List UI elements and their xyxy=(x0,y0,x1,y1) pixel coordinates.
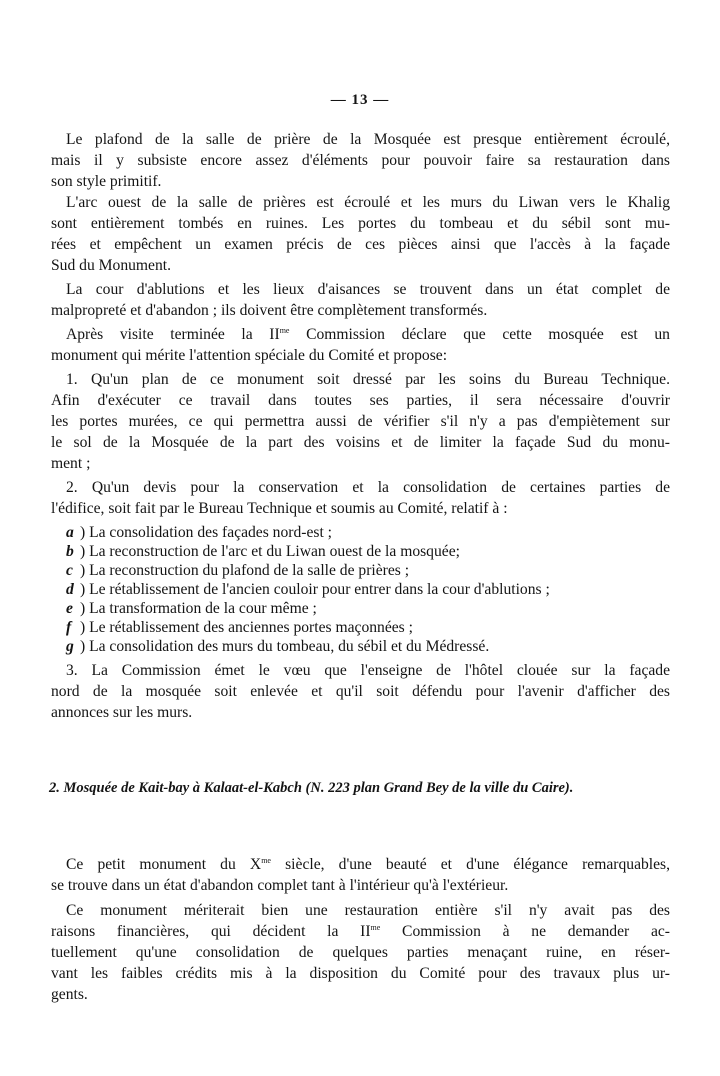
text-line: Après visite terminée la IIme Commission… xyxy=(66,325,670,345)
text-line: tuellement qu'une consolidation de quelq… xyxy=(51,943,670,963)
text-line: le sol de la Mosquée de la part des vois… xyxy=(51,433,670,453)
text-line: ment ; xyxy=(51,454,670,474)
text-line: vant les faibles crédits mis à la dispos… xyxy=(51,964,670,984)
text-line: l'édifice, soit fait par le Bureau Techn… xyxy=(51,499,670,519)
text-line: raisons financières, qui décident la IIm… xyxy=(51,922,670,942)
text-line: son style primitif. xyxy=(51,172,670,192)
list-item: d) Le rétablissement de l'ancien couloir… xyxy=(66,580,670,600)
text-line: gents. xyxy=(51,985,670,1005)
text-line: nord de la mosquée soit enlevée et qu'il… xyxy=(51,682,670,702)
list-item: e) La transformation de la cour même ; xyxy=(66,599,670,619)
text-line: Afin d'exécuter ce travail dans toutes s… xyxy=(51,391,670,411)
page-number: — 13 — xyxy=(0,92,720,109)
list-item: c) La reconstruction du plafond de la sa… xyxy=(66,561,670,581)
list-item: a) La consolidation des façades nord-est… xyxy=(66,523,670,543)
list-item: f) Le rétablissement des anciennes porte… xyxy=(66,618,670,638)
section-heading: 2. Mosquée de Kait-bay à Kalaat-el-Kabch… xyxy=(49,778,670,798)
text-line: Ce petit monument du Xme siècle, d'une b… xyxy=(66,855,670,875)
text-line: Sud du Monument. xyxy=(51,256,670,276)
text-line: sont entièrement tombés en ruines. Les p… xyxy=(51,214,670,234)
text-line: monument qui mérite l'attention spéciale… xyxy=(51,346,670,366)
text-line: L'arc ouest de la salle de prières est é… xyxy=(66,193,670,213)
text-line: les portes murées, ce qui permettra auss… xyxy=(51,412,670,432)
text-line: Le plafond de la salle de prière de la M… xyxy=(66,130,670,150)
list-item: b) La reconstruction de l'arc et du Liwa… xyxy=(66,542,670,562)
text-line: 1. Qu'un plan de ce monument soit dressé… xyxy=(66,370,670,390)
text-line: 2. Qu'un devis pour la conservation et l… xyxy=(66,478,670,498)
text-line: La cour d'ablutions et les lieux d'aisan… xyxy=(66,280,670,300)
text-line: mais il y subsiste encore assez d'élémen… xyxy=(51,151,670,171)
text-line: rées et empêchent un examen précis de ce… xyxy=(51,235,670,255)
text-line: se trouve dans un état d'abandon complet… xyxy=(51,876,670,896)
text-line: Ce monument mériterait bien une restaura… xyxy=(66,901,670,921)
text-line: malpropreté et d'abandon ; ils doivent ê… xyxy=(51,301,670,321)
text-line: annonces sur les murs. xyxy=(51,703,670,723)
list-item: g) La consolidation des murs du tombeau,… xyxy=(66,637,670,657)
text-line: 3. La Commission émet le vœu que l'ensei… xyxy=(66,661,670,681)
